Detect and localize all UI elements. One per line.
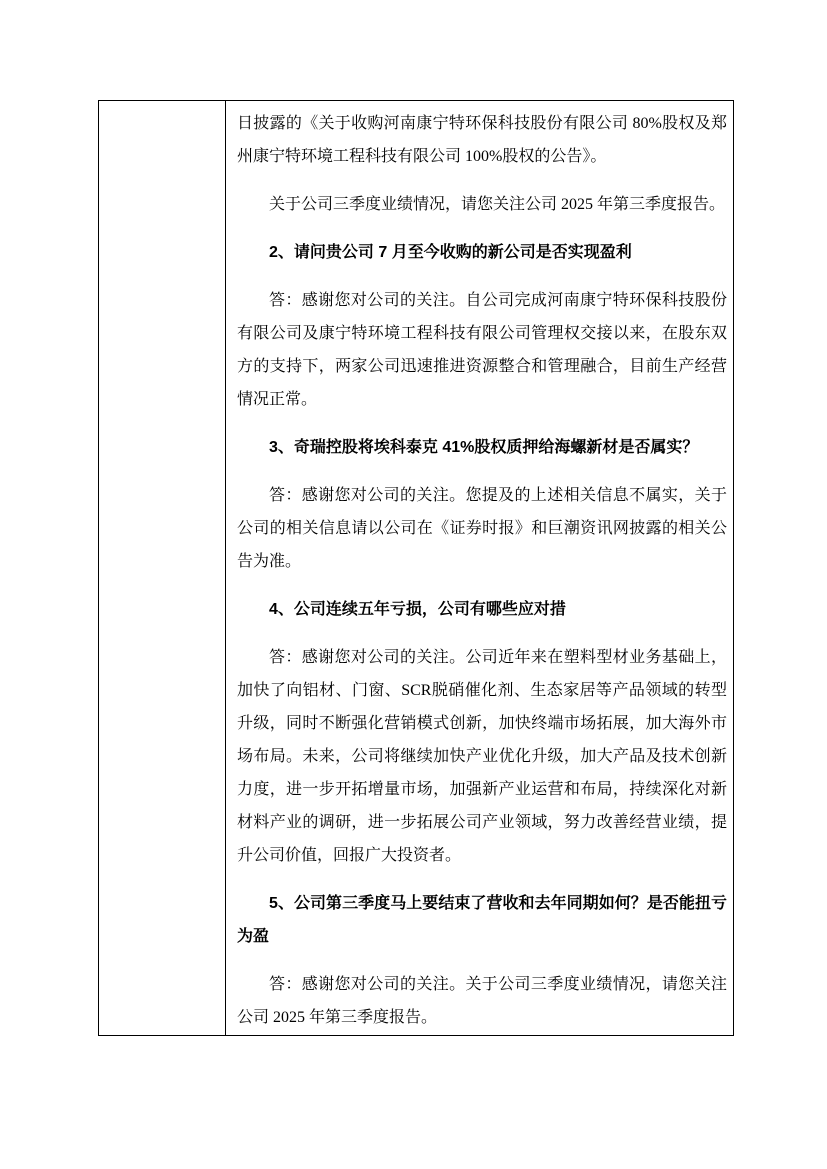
question-5-heading: 5、公司第三季度马上要结束了营收和去年同期如何？是否能扭亏为盈 [237, 887, 727, 953]
question-2-heading: 2、请问贵公司 7 月至今收购的新公司是否实现盈利 [237, 236, 727, 269]
question-4-answer: 答：感谢您对公司的关注。公司近年来在塑料型材业务基础上，加快了向铝材、门窗、SC… [237, 641, 727, 872]
q1-answer-note-paragraph: 关于公司三季度业绩情况，请您关注公司 2025 年第三季度报告。 [237, 188, 727, 221]
answer-continuation-paragraph: 日披露的《关于收购河南康宁特环保科技股份有限公司 80%股权及郑州康宁特环境工程… [237, 107, 727, 173]
question-5-answer: 答：感谢您对公司的关注。关于公司三季度业绩情况，请您关注公司 2025 年第三季… [237, 968, 727, 1034]
table-empty-left-cell [99, 101, 226, 1035]
question-3-heading: 3、奇瑞控股将埃科泰克 41%股权质押给海螺新材是否属实？ [237, 431, 727, 464]
document-page: { "page": { "background_color": "#ffffff… [0, 0, 827, 1169]
question-4-heading: 4、公司连续五年亏损，公司有哪些应对措 [237, 593, 727, 626]
question-3-answer: 答：感谢您对公司的关注。您提及的上述相关信息不属实，关于公司的相关信息请以公司在… [237, 479, 727, 578]
table-content-cell: 日披露的《关于收购河南康宁特环保科技股份有限公司 80%股权及郑州康宁特环境工程… [226, 101, 733, 1035]
question-2-answer: 答：感谢您对公司的关注。自公司完成河南康宁特环保科技股份有限公司及康宁特环境工程… [237, 284, 727, 416]
qa-table: 日披露的《关于收购河南康宁特环保科技股份有限公司 80%股权及郑州康宁特环境工程… [98, 100, 734, 1036]
